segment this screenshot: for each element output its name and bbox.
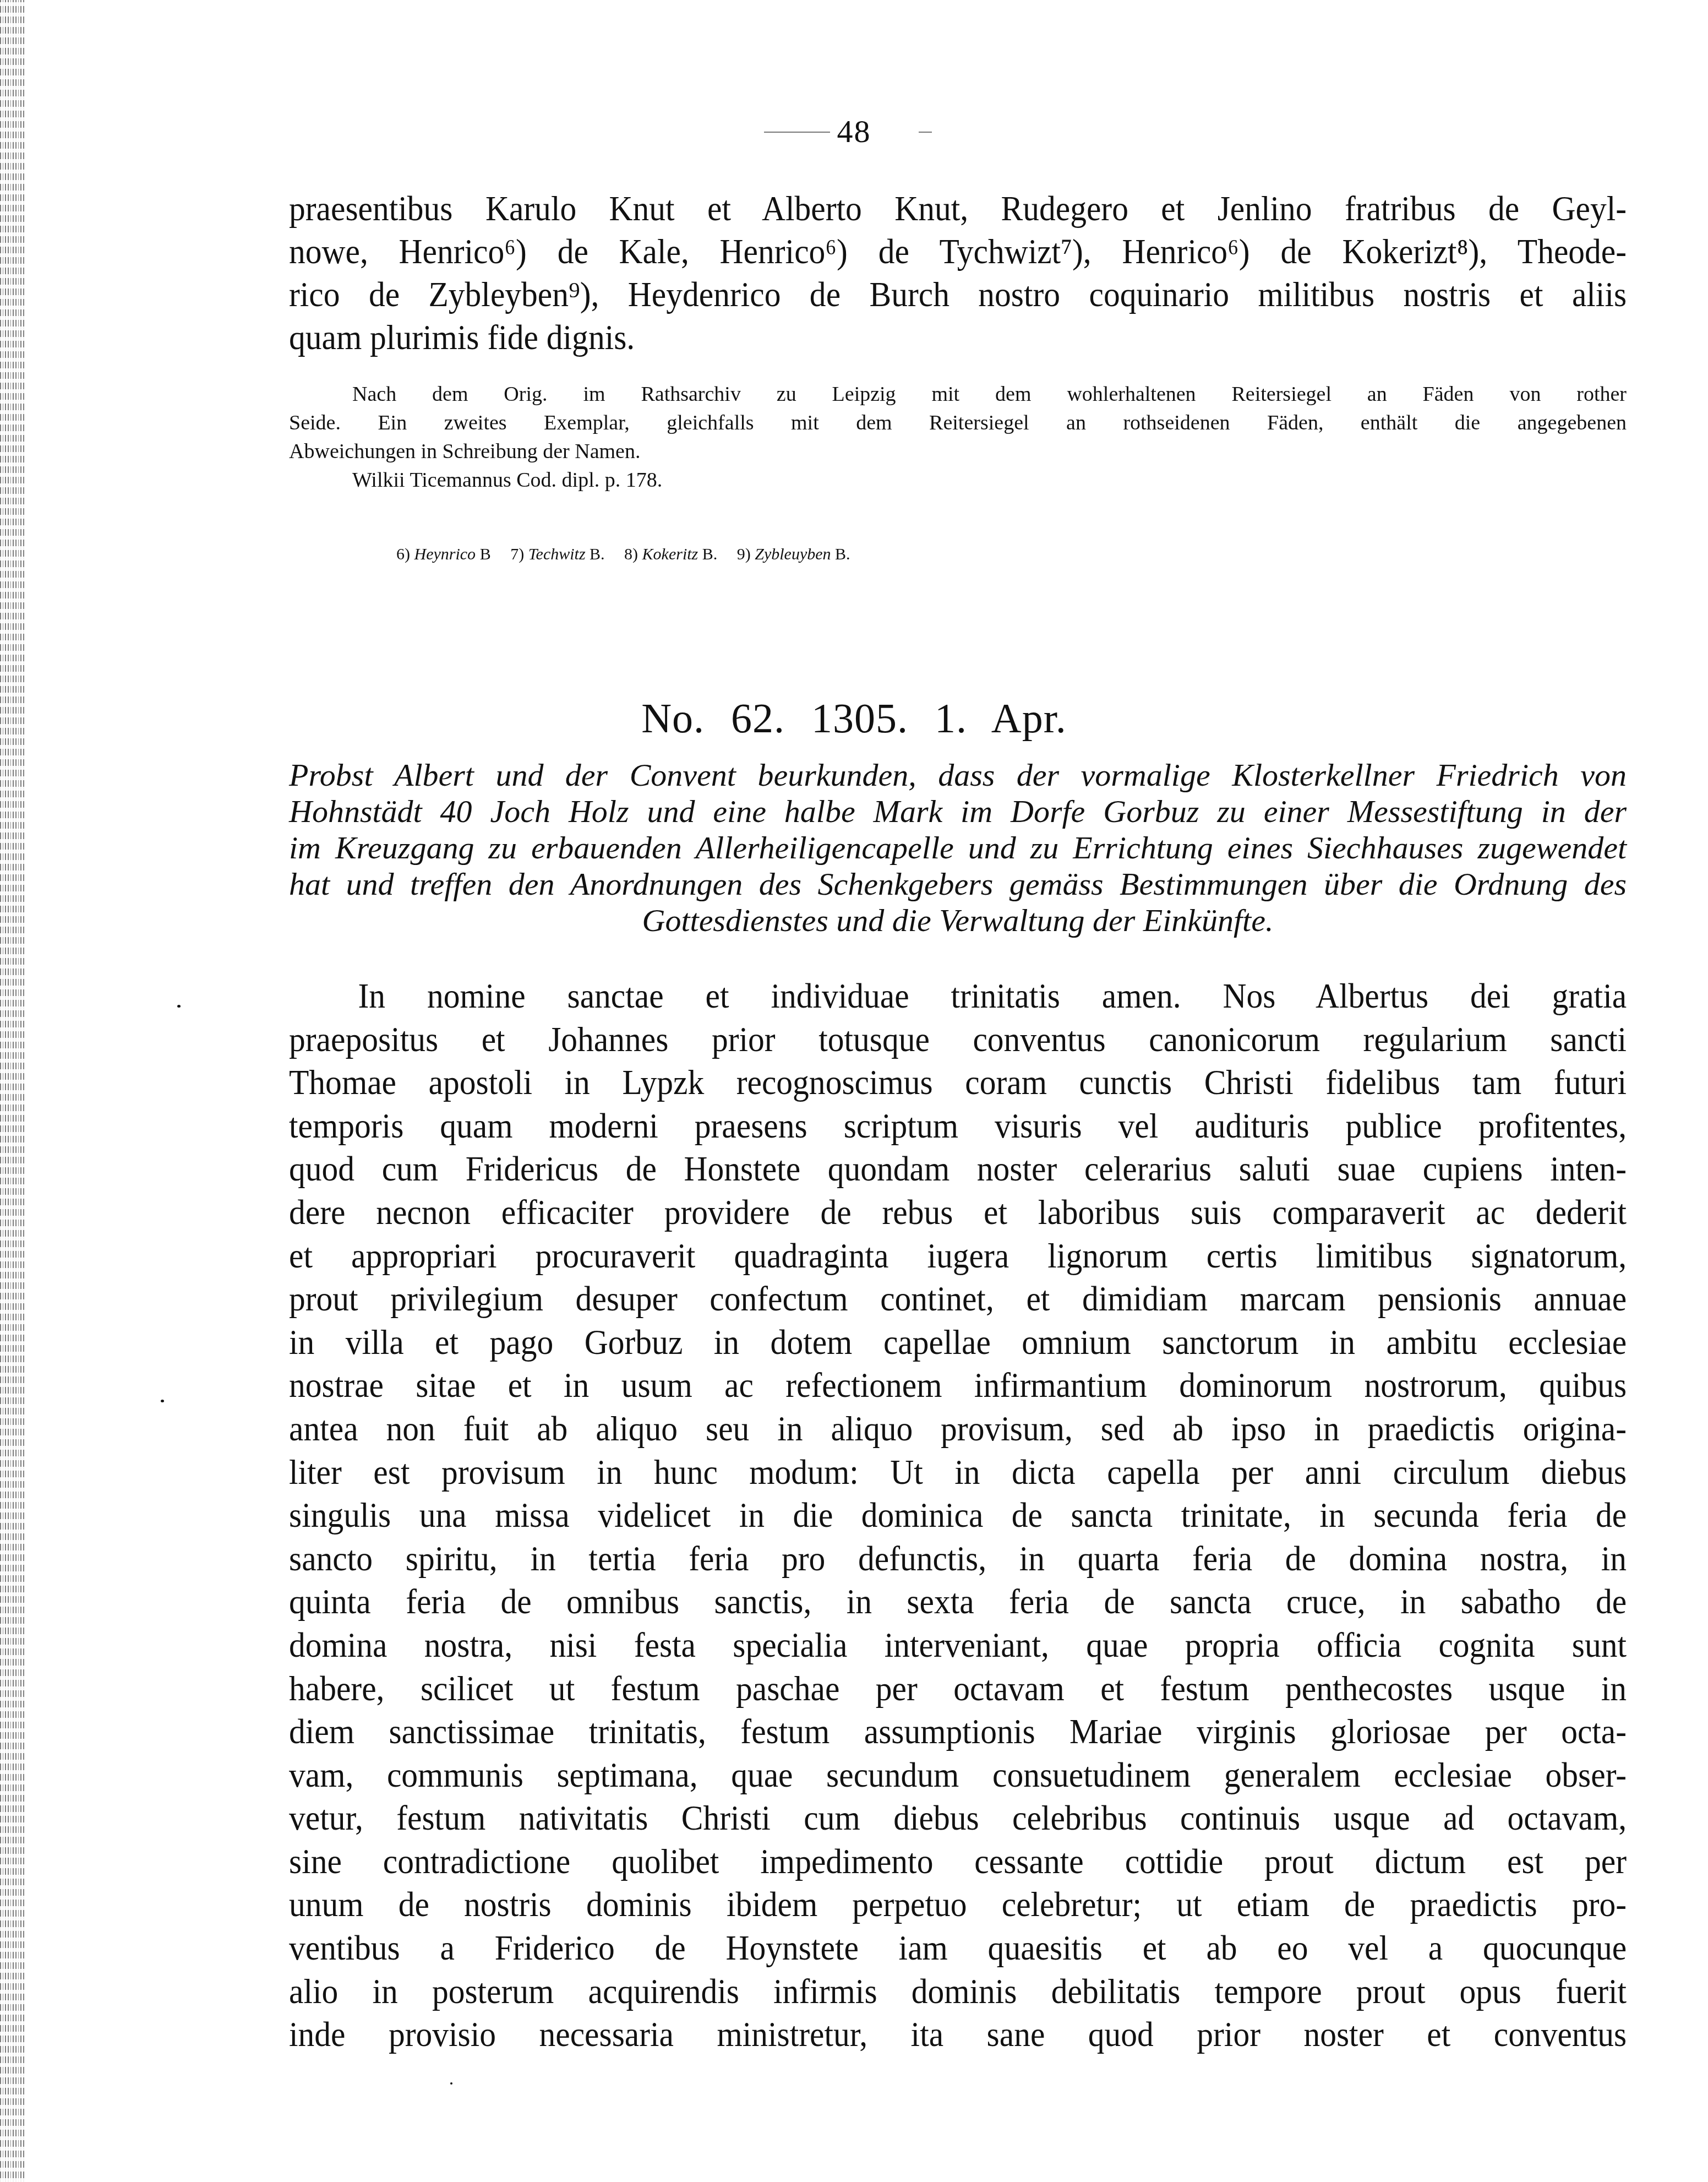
page-number: 48	[837, 113, 871, 150]
scan-speck	[161, 1400, 164, 1402]
footnote-8: 8) Koke­ritz B.	[624, 545, 722, 563]
reference-line: Wilkii Ticemannus Cod. dipl. p. 178.	[289, 466, 1627, 494]
text-line: habere, scilicet ut festum paschae per o…	[289, 1667, 1627, 1711]
text-line: singulis una missa videlicet in die domi…	[289, 1494, 1627, 1537]
summary-line: Hohnstädt 40 Joch Holz und eine halbe Ma…	[289, 793, 1627, 830]
text-line: ventibus a Friderico de Hoynstete iam qu…	[289, 1927, 1627, 1970]
document-summary: Probst Albert und der Convent beurkunden…	[289, 757, 1627, 939]
text-line: et appropriari procuraverit quadraginta …	[289, 1234, 1627, 1278]
footnote-7: 7) Techwitz B.	[510, 545, 609, 563]
text-line: praepositus et Johannes prior totusque c…	[289, 1018, 1627, 1062]
text-line: quam plurimis fide dignis.	[289, 316, 1627, 359]
text-line: vam, communis septimana, quae secundum c…	[289, 1754, 1627, 1797]
text-line: Thomae apostoli in Lypzk recognoscimus c…	[289, 1061, 1627, 1104]
text-line: prout privilegium desuper confectum cont…	[289, 1277, 1627, 1321]
note-line: Nach dem Orig. im Rathsarchiv zu Leipzig…	[289, 380, 1627, 409]
footnote-9: 9) Zybleuyben B.	[737, 545, 850, 563]
text-line: quinta feria de omnibus sanctis, in sext…	[289, 1580, 1627, 1624]
footnote-6: 6) Heynrico B	[396, 545, 495, 563]
note-line: Abweichungen in Schreibung der Namen.	[289, 437, 1627, 466]
text-line: antea non fuit ab aliquo seu in aliquo p…	[289, 1407, 1627, 1451]
summary-line: hat und treffen den Anordnungen des Sche…	[289, 866, 1627, 902]
text-line: inde provisio necessaria ministretur, it…	[289, 2013, 1627, 2056]
continuation-paragraph: praesentibus Karulo Knut et Alberto Knut…	[289, 187, 1627, 359]
text-line: vetur, festum nativitatis Christi cum di…	[289, 1797, 1627, 1840]
scan-speck	[177, 1005, 181, 1008]
text-line: rico de Zybleyben⁹), Heydenrico de Burch…	[289, 273, 1627, 316]
text-line: dere necnon efficaciter providere de reb…	[289, 1191, 1627, 1234]
summary-line: Gottesdienstes und die Verwaltung der Ei…	[289, 902, 1627, 939]
text-line: sancto spiritu, in tertia feria pro defu…	[289, 1537, 1627, 1581]
text-line: in villa et pago Gorbuz in dotem capella…	[289, 1321, 1627, 1364]
text-line: quod cum Fridericus de Honstete quondam …	[289, 1147, 1627, 1191]
text-line: sine contradictione quolibet impedimento…	[289, 1840, 1627, 1884]
summary-line: im Kreuzgang zu erbauenden Allerheiligen…	[289, 830, 1627, 866]
text-line: nostrae sitae et in usum ac refectionem …	[289, 1364, 1627, 1407]
text-line: unum de nostris dominis ibidem perpetuo …	[289, 1883, 1627, 1927]
scan-binding-edge	[0, 0, 24, 2182]
footnotes: 6) Heynrico B 7) Techwitz B. 8) Koke­rit…	[396, 545, 866, 564]
text-line: In nomine sanctae et individuae trinitat…	[289, 975, 1627, 1018]
text-line: alio in posterum acquirendis infirmis do…	[289, 1970, 1627, 2014]
text-line: diem sanctissimae trinitatis, festum ass…	[289, 1710, 1627, 1754]
charter-text: In nomine sanctae et individuae trinitat…	[289, 975, 1627, 2056]
source-notes: Nach dem Orig. im Rathsarchiv zu Leipzig…	[289, 380, 1627, 494]
text-line: domina nostra, nisi festa specialia inte…	[289, 1624, 1627, 1667]
summary-line: Probst Albert und der Convent beurkunden…	[289, 757, 1627, 793]
note-line: Seide. Ein zweites Exemplar, gleichfalls…	[289, 409, 1627, 437]
text-line: temporis quam moderni praesens scriptum …	[289, 1104, 1627, 1148]
text-line: praesentibus Karulo Knut et Alberto Knut…	[289, 187, 1627, 230]
page-header: 48	[0, 113, 1708, 150]
document-title: No. 62. 1305. 1. Apr.	[0, 695, 1708, 743]
text-line: nowe, Henrico⁶) de Kale, Henrico⁶) de Ty…	[289, 230, 1627, 273]
text-line: liter est provisum in hunc modum: Ut in …	[289, 1451, 1627, 1494]
scan-speck	[450, 2082, 452, 2085]
